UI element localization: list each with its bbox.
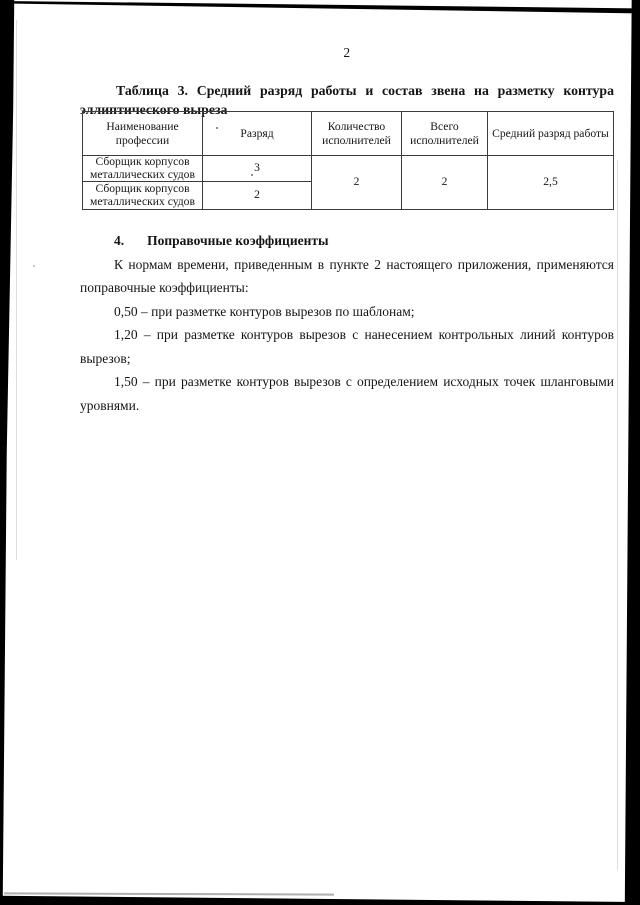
body-text: 4.Поправочные коэффициенты К нормам врем… <box>80 229 614 417</box>
column-header-executors-count: Количество исполнителей <box>312 112 402 156</box>
column-header-profession: Наименование профессии <box>83 112 203 156</box>
column-header-executors-total: Всего исполнителей <box>402 112 488 156</box>
scan-edge-top <box>0 0 640 14</box>
section-number: 4. <box>114 229 124 253</box>
scan-edge-right <box>624 0 640 905</box>
section-title: Поправочные коэффициенты <box>147 233 328 248</box>
scan-speck <box>33 265 35 267</box>
scan-edge-left <box>0 0 15 905</box>
table-header-row: Наименование профессии Разряд Количество… <box>83 112 614 156</box>
cell-grade: 2 <box>203 182 312 210</box>
coefficient-item: 1,50 – при разметке контуров вырезов с о… <box>80 370 614 417</box>
table-row: Сборщик корпусов металлических судов 3 2… <box>83 156 614 182</box>
page-edge-shadow-right <box>617 160 618 870</box>
section-heading: 4.Поправочные коэффициенты <box>80 229 614 253</box>
cell-average-grade: 2,5 <box>488 156 614 210</box>
cell-grade: 3 <box>203 156 312 182</box>
column-header-average-grade: Средний разряд работы <box>488 112 614 156</box>
scanned-document-page: 2 Таблица 3. Средний разряд работы и сос… <box>0 0 640 905</box>
work-grade-table: Наименование профессии Разряд Количество… <box>82 111 614 210</box>
cell-executors-count: 2 <box>312 156 402 210</box>
page-edge-shadow-left <box>16 20 17 560</box>
cell-executors-total: 2 <box>402 156 488 210</box>
coefficient-item: 1,20 – при разметке контуров вырезов с н… <box>80 323 614 370</box>
page-number: 2 <box>80 45 614 61</box>
cell-profession: Сборщик корпусов металлических судов <box>83 156 203 182</box>
scan-smear-bottom <box>4 892 334 895</box>
column-header-grade: Разряд <box>203 112 312 156</box>
coefficient-item: 0,50 – при разметке контуров вырезов по … <box>80 300 614 324</box>
intro-paragraph: К нормам времени, приведенным в пункте 2… <box>80 253 614 300</box>
cell-profession: Сборщик корпусов металлических судов <box>83 182 203 210</box>
